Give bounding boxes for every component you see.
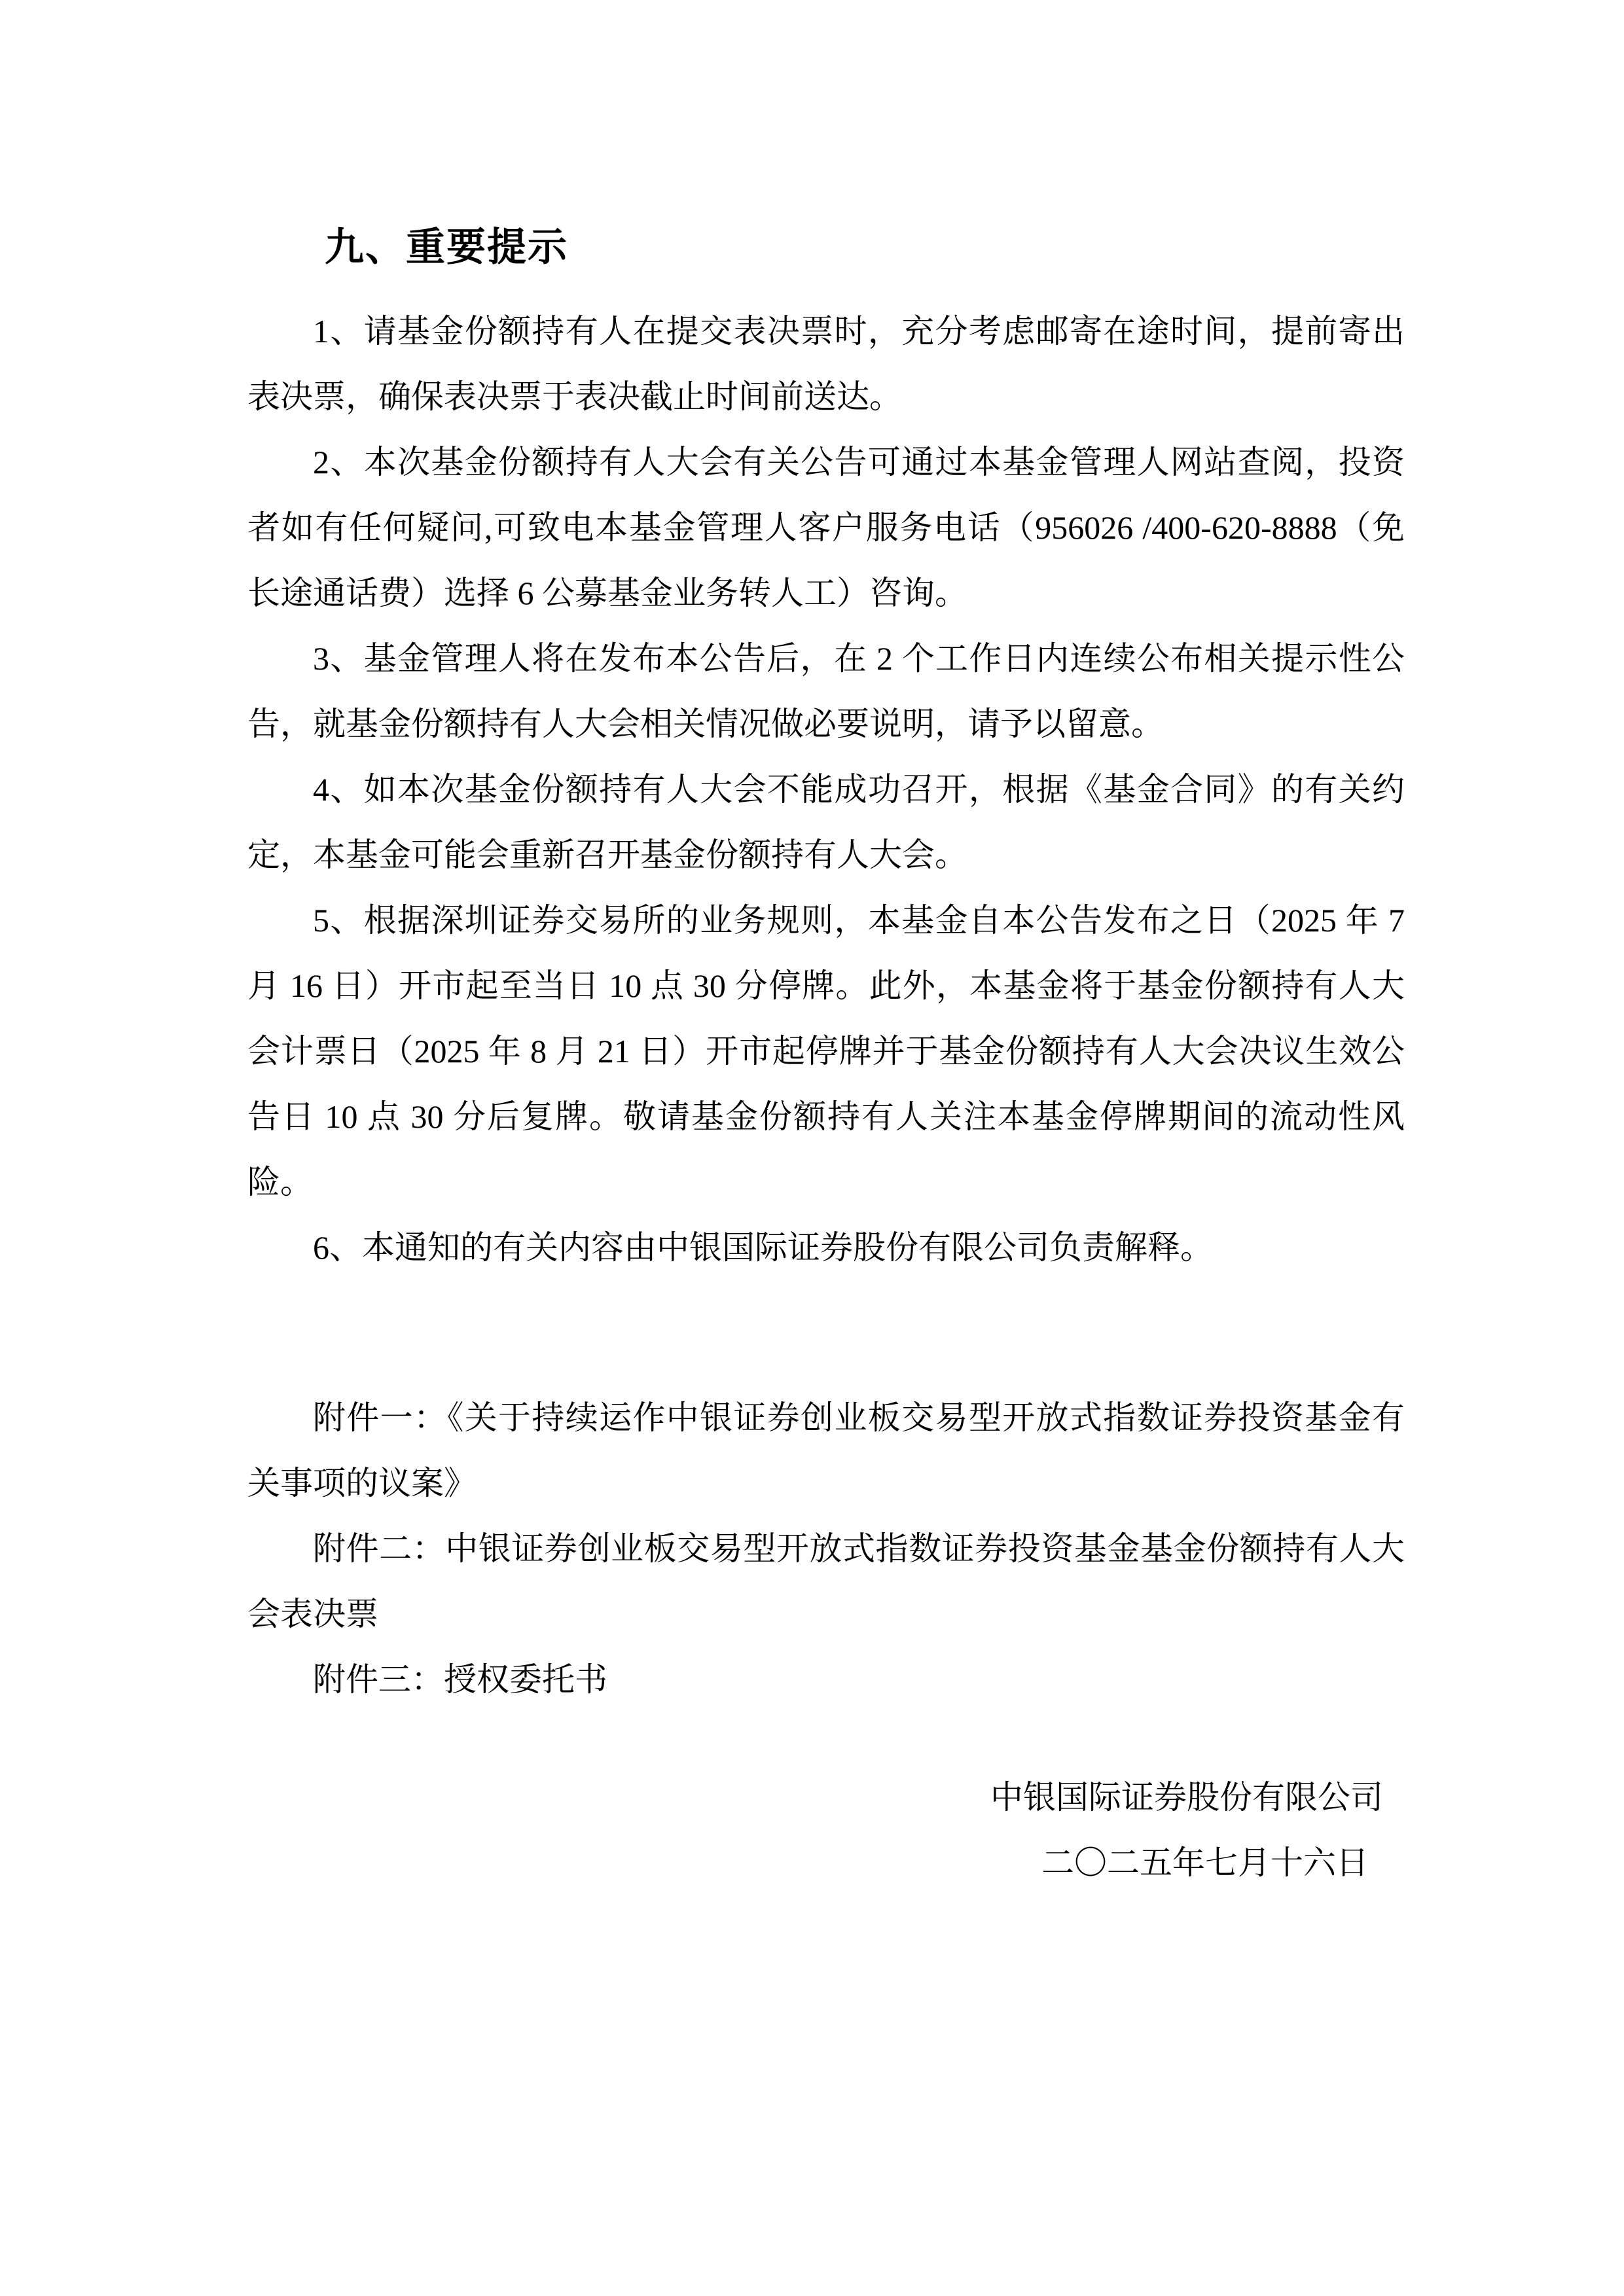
blank-space-before-attachments	[247, 1280, 1405, 1385]
document-content: 九、重要提示 1、请基金份额持有人在提交表决票时，充分考虑邮寄在途时间，提前寄出…	[247, 208, 1405, 1895]
signature-company: 中银国际证券股份有限公司	[247, 1765, 1405, 1830]
paragraph-4: 4、如本次基金份额持有人大会不能成功召开，根据《基金合同》的有关约定，本基金可能…	[247, 757, 1405, 888]
signature-block: 中银国际证券股份有限公司 二〇二五年七月十六日	[247, 1765, 1405, 1895]
paragraph-3: 3、基金管理人将在发布本公告后，在 2 个工作日内连续公布相关提示性公告，就基金…	[247, 626, 1405, 757]
paragraph-2: 2、本次基金份额持有人大会有关公告可通过本基金管理人网站查阅，投资者如有任何疑问…	[247, 429, 1405, 626]
paragraph-5: 5、根据深圳证券交易所的业务规则，本基金自本公告发布之日（2025 年 7 月 …	[247, 888, 1405, 1215]
attachment-line-3: 附件三：授权委托书	[247, 1647, 1405, 1712]
paragraph-1: 1、请基金份额持有人在提交表决票时，充分考虑邮寄在途时间，提前寄出表决票，确保表…	[247, 298, 1405, 429]
attachment-line-1: 附件一：《关于持续运作中银证券创业板交易型开放式指数证券投资基金有关事项的议案》	[247, 1385, 1405, 1516]
blank-space-before-signature	[247, 1712, 1405, 1765]
section-heading: 九、重要提示	[247, 208, 1405, 287]
signature-date: 二〇二五年七月十六日	[247, 1830, 1405, 1895]
document-page: 九、重要提示 1、请基金份额持有人在提交表决票时，充分考虑邮寄在途时间，提前寄出…	[0, 0, 1624, 2296]
attachment-line-2: 附件二：中银证券创业板交易型开放式指数证券投资基金基金份额持有人大会表决票	[247, 1516, 1405, 1647]
paragraph-6: 6、本通知的有关内容由中银国际证券股份有限公司负责解释。	[247, 1215, 1405, 1280]
